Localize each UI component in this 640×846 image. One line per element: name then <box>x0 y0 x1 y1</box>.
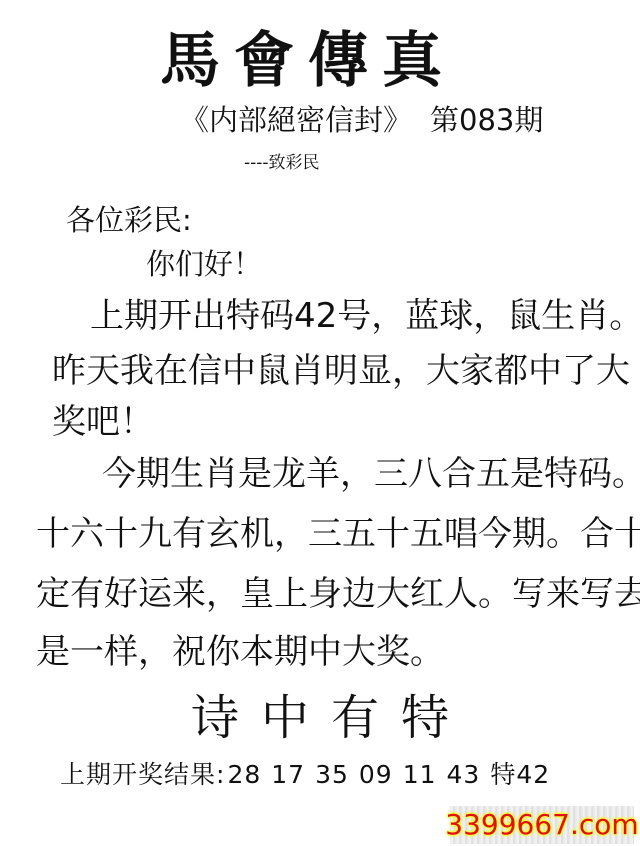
subtitle: 《内部絕密信封》第083期 <box>180 100 543 140</box>
letter-line: 十六十九有玄机，三五十五唱今期。合十 <box>36 512 640 556</box>
special-number: 特42 <box>490 760 550 789</box>
page-title: 馬會傳真 <box>160 26 456 96</box>
letter-line: 上期开出特码42号，蓝球，鼠生肖。 <box>90 294 640 338</box>
result-number: 35 <box>315 760 349 789</box>
letter-line: 昨天我在信中鼠肖明显，大家都中了大 <box>52 349 630 393</box>
issue-number: 第083期 <box>430 103 543 137</box>
result-number: 11 <box>403 760 437 789</box>
result-number: 09 <box>359 760 393 789</box>
result-number: 17 <box>271 760 305 789</box>
letter-line: 定有好运来，皇上身边大红人。写来写去 <box>36 572 640 616</box>
previous-results: 上期开奖结果:281735091143特42 <box>60 758 550 792</box>
results-label: 上期开奖结果: <box>60 760 225 789</box>
watermark-text: 3399667.com <box>445 808 638 842</box>
greeting: 各位彩民: <box>66 200 192 240</box>
result-number: 43 <box>447 760 481 789</box>
letter-line: 是一样，祝你本期中大奖。 <box>36 630 444 674</box>
letter-line: 奖吧！ <box>52 400 154 444</box>
result-number: 28 <box>227 760 261 789</box>
dedication: ----致彩民 <box>244 151 320 175</box>
subtitle-label: 《内部絕密信封》 <box>180 103 412 137</box>
poem-title: 诗中有特 <box>0 688 640 748</box>
watermark: 3399667.com <box>450 806 634 844</box>
letter-line: 今期生肖是龙羊，三八合五是特码。 <box>102 452 640 496</box>
hello-line: 你们好！ <box>146 244 262 284</box>
